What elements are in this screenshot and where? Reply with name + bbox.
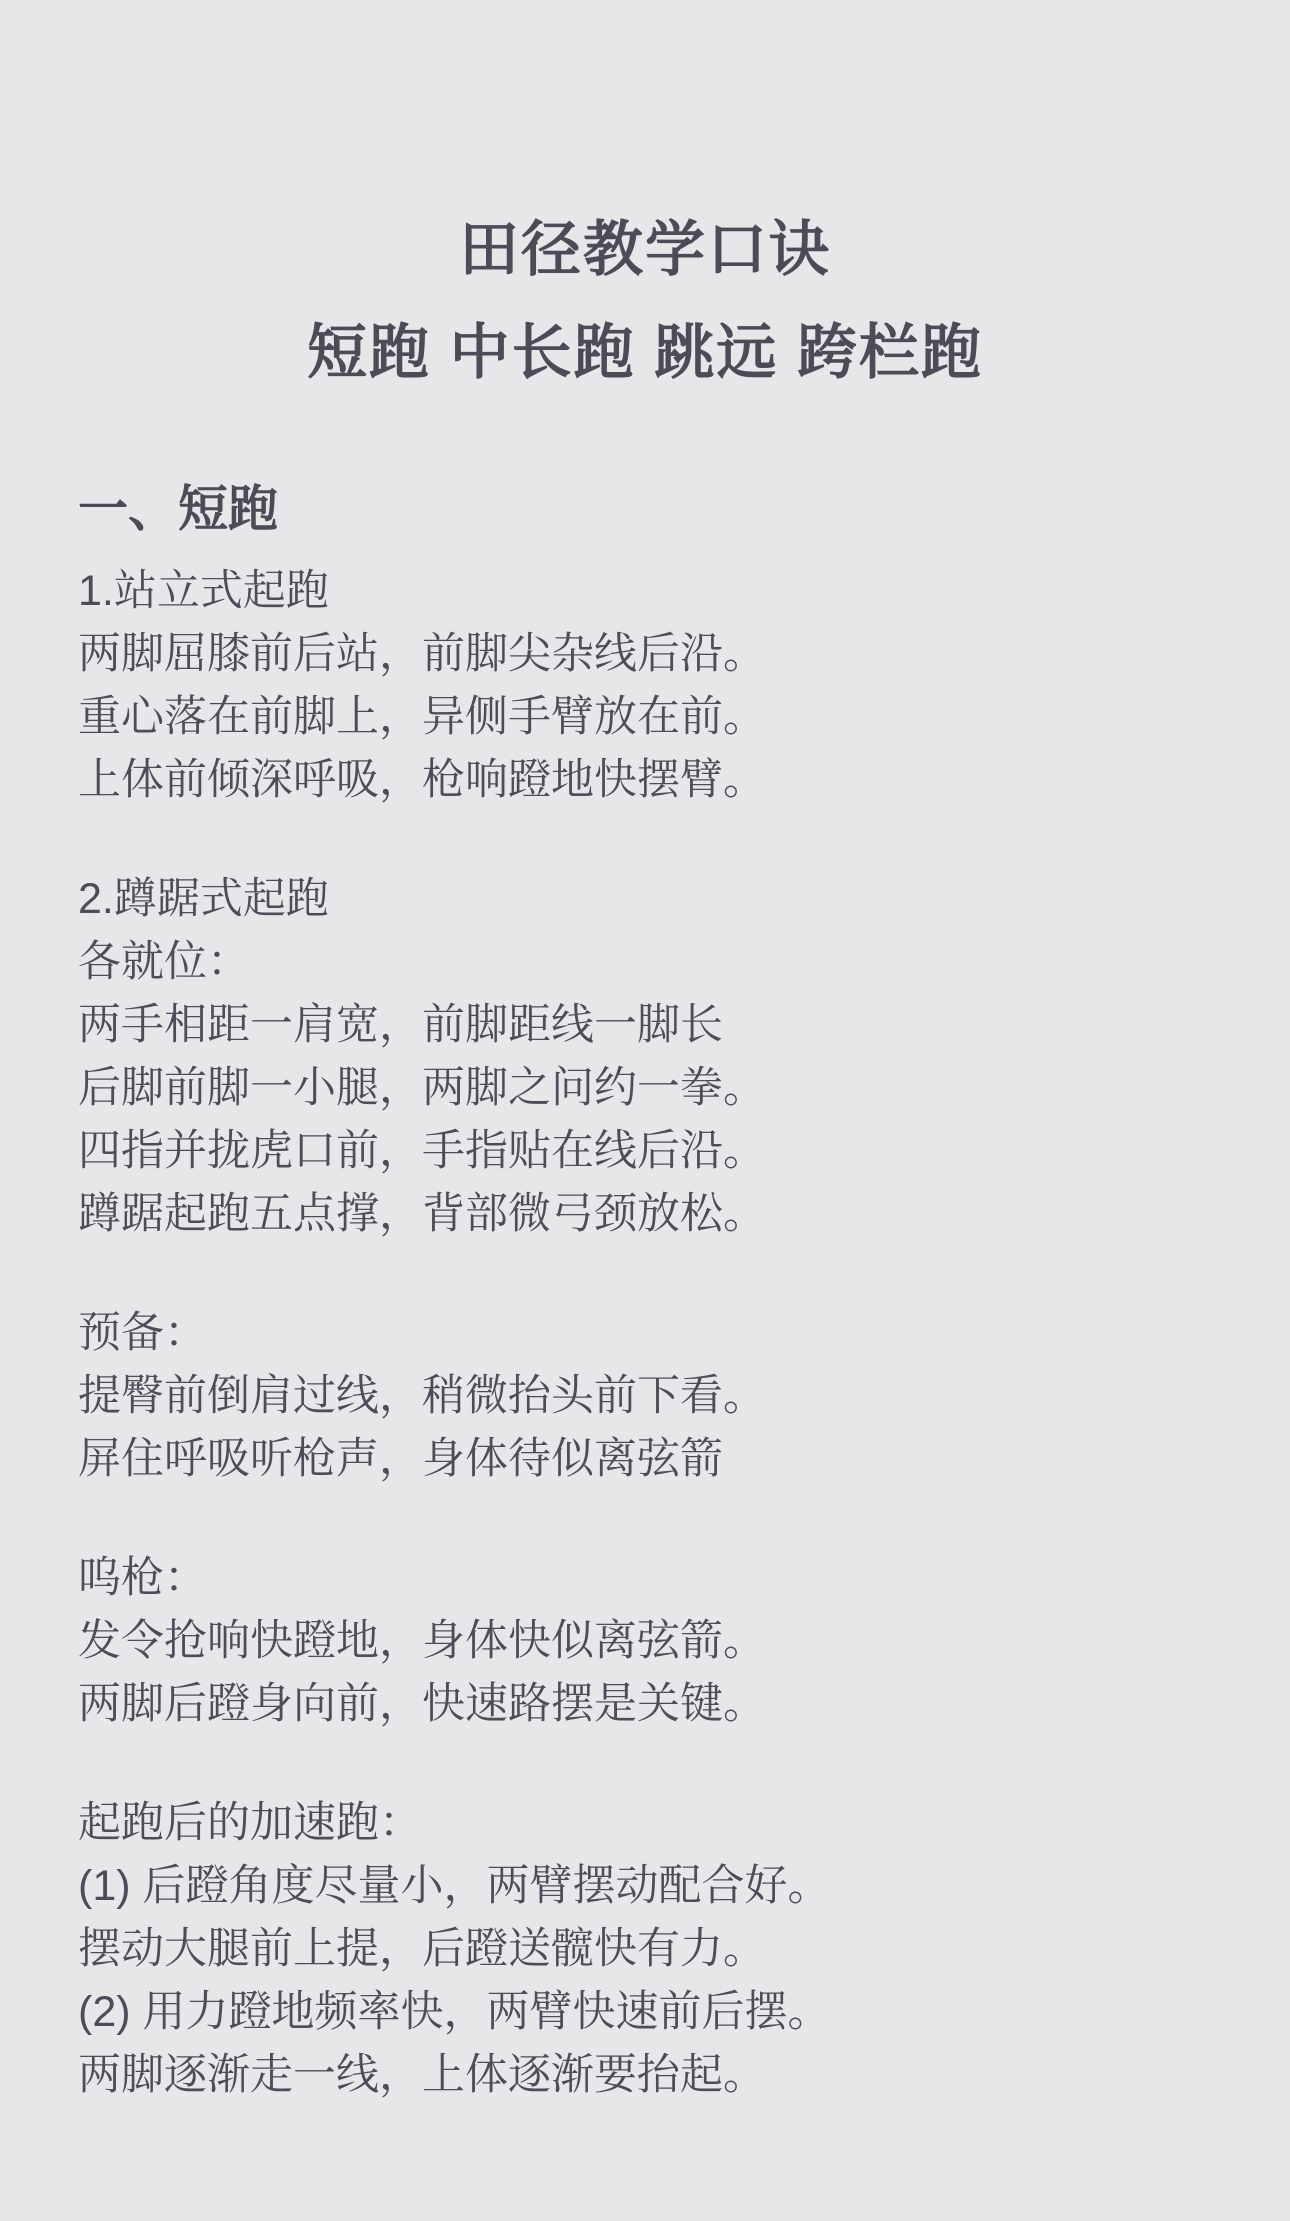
verse-block-standing-start: 1.站立式起跑 两脚屈膝前后站，前脚尖杂线后沿。 重心落在前脚上，异侧手臂放在前… [78,560,1230,812]
text-line: 后脚前脚一小腿，两脚之问约一拳。 [78,1057,1230,1120]
text-line: 2.蹲踞式起跑 [78,868,1230,931]
text-line: 预备： [78,1302,1230,1365]
text-line: 上体前倾深呼吸，枪响蹬地快摆臂。 [78,749,1230,812]
text-line: 1.站立式起跑 [78,560,1230,623]
text-line: (2) 用力蹬地频率快，两臂快速前后摆。 [78,1981,1230,2044]
text-line: 两脚逐渐走一线，上体逐渐要抬起。 [78,2044,1230,2107]
text-line: 两手相距一肩宽，前脚距线一脚长 [78,994,1230,1057]
document-page: 田径教学口诀 短跑 中长跑 跳远 跨栏跑 一、短跑 1.站立式起跑 两脚屈膝前后… [0,0,1290,2221]
document-body: 一、短跑 1.站立式起跑 两脚屈膝前后站，前脚尖杂线后沿。 重心落在前脚上，异侧… [0,474,1290,2107]
text-line: 重心落在前脚上，异侧手臂放在前。 [78,686,1230,749]
text-line: 两脚屈膝前后站，前脚尖杂线后沿。 [78,623,1230,686]
text-line: 起跑后的加速跑： [78,1792,1230,1855]
section-heading-sprint: 一、短跑 [78,474,1230,544]
verse-block-acceleration-run: 起跑后的加速跑： (1) 后蹬角度尽量小，两臂摆动配合好。 摆动大腿前上提，后蹬… [78,1792,1230,2107]
text-line: 发令抢响快蹬地，身体快似离弦箭。 [78,1610,1230,1673]
text-line: 提臀前倒肩过线，稍微抬头前下看。 [78,1365,1230,1428]
text-line: 屏住呼吸听枪声，身体待似离弦箭 [78,1428,1230,1491]
text-line: 摆动大腿前上提，后蹬送髋快有力。 [78,1918,1230,1981]
verse-block-set-position: 预备： 提臀前倒肩过线，稍微抬头前下看。 屏住呼吸听枪声，身体待似离弦箭 [78,1302,1230,1491]
text-line: 四指并拢虎口前，手指贴在线后沿。 [78,1120,1230,1183]
text-line: 呜枪： [78,1547,1230,1610]
text-line: 两脚后蹬身向前，快速路摆是关键。 [78,1673,1230,1736]
doc-title: 田径教学口诀 [0,198,1290,301]
document-header: 田径教学口诀 短跑 中长跑 跳远 跨栏跑 [0,198,1290,404]
text-line: (1) 后蹬角度尽量小，两臂摆动配合好。 [78,1855,1230,1918]
verse-block-gun-fire: 呜枪： 发令抢响快蹬地，身体快似离弦箭。 两脚后蹬身向前，快速路摆是关键。 [78,1547,1230,1736]
verse-block-crouch-start: 2.蹲踞式起跑 各就位： 两手相距一肩宽，前脚距线一脚长 后脚前脚一小腿，两脚之… [78,868,1230,1246]
text-line: 各就位： [78,931,1230,994]
doc-subtitle: 短跑 中长跑 跳远 跨栏跑 [0,301,1290,404]
text-line: 蹲踞起跑五点撑，背部微弓颈放松。 [78,1183,1230,1246]
